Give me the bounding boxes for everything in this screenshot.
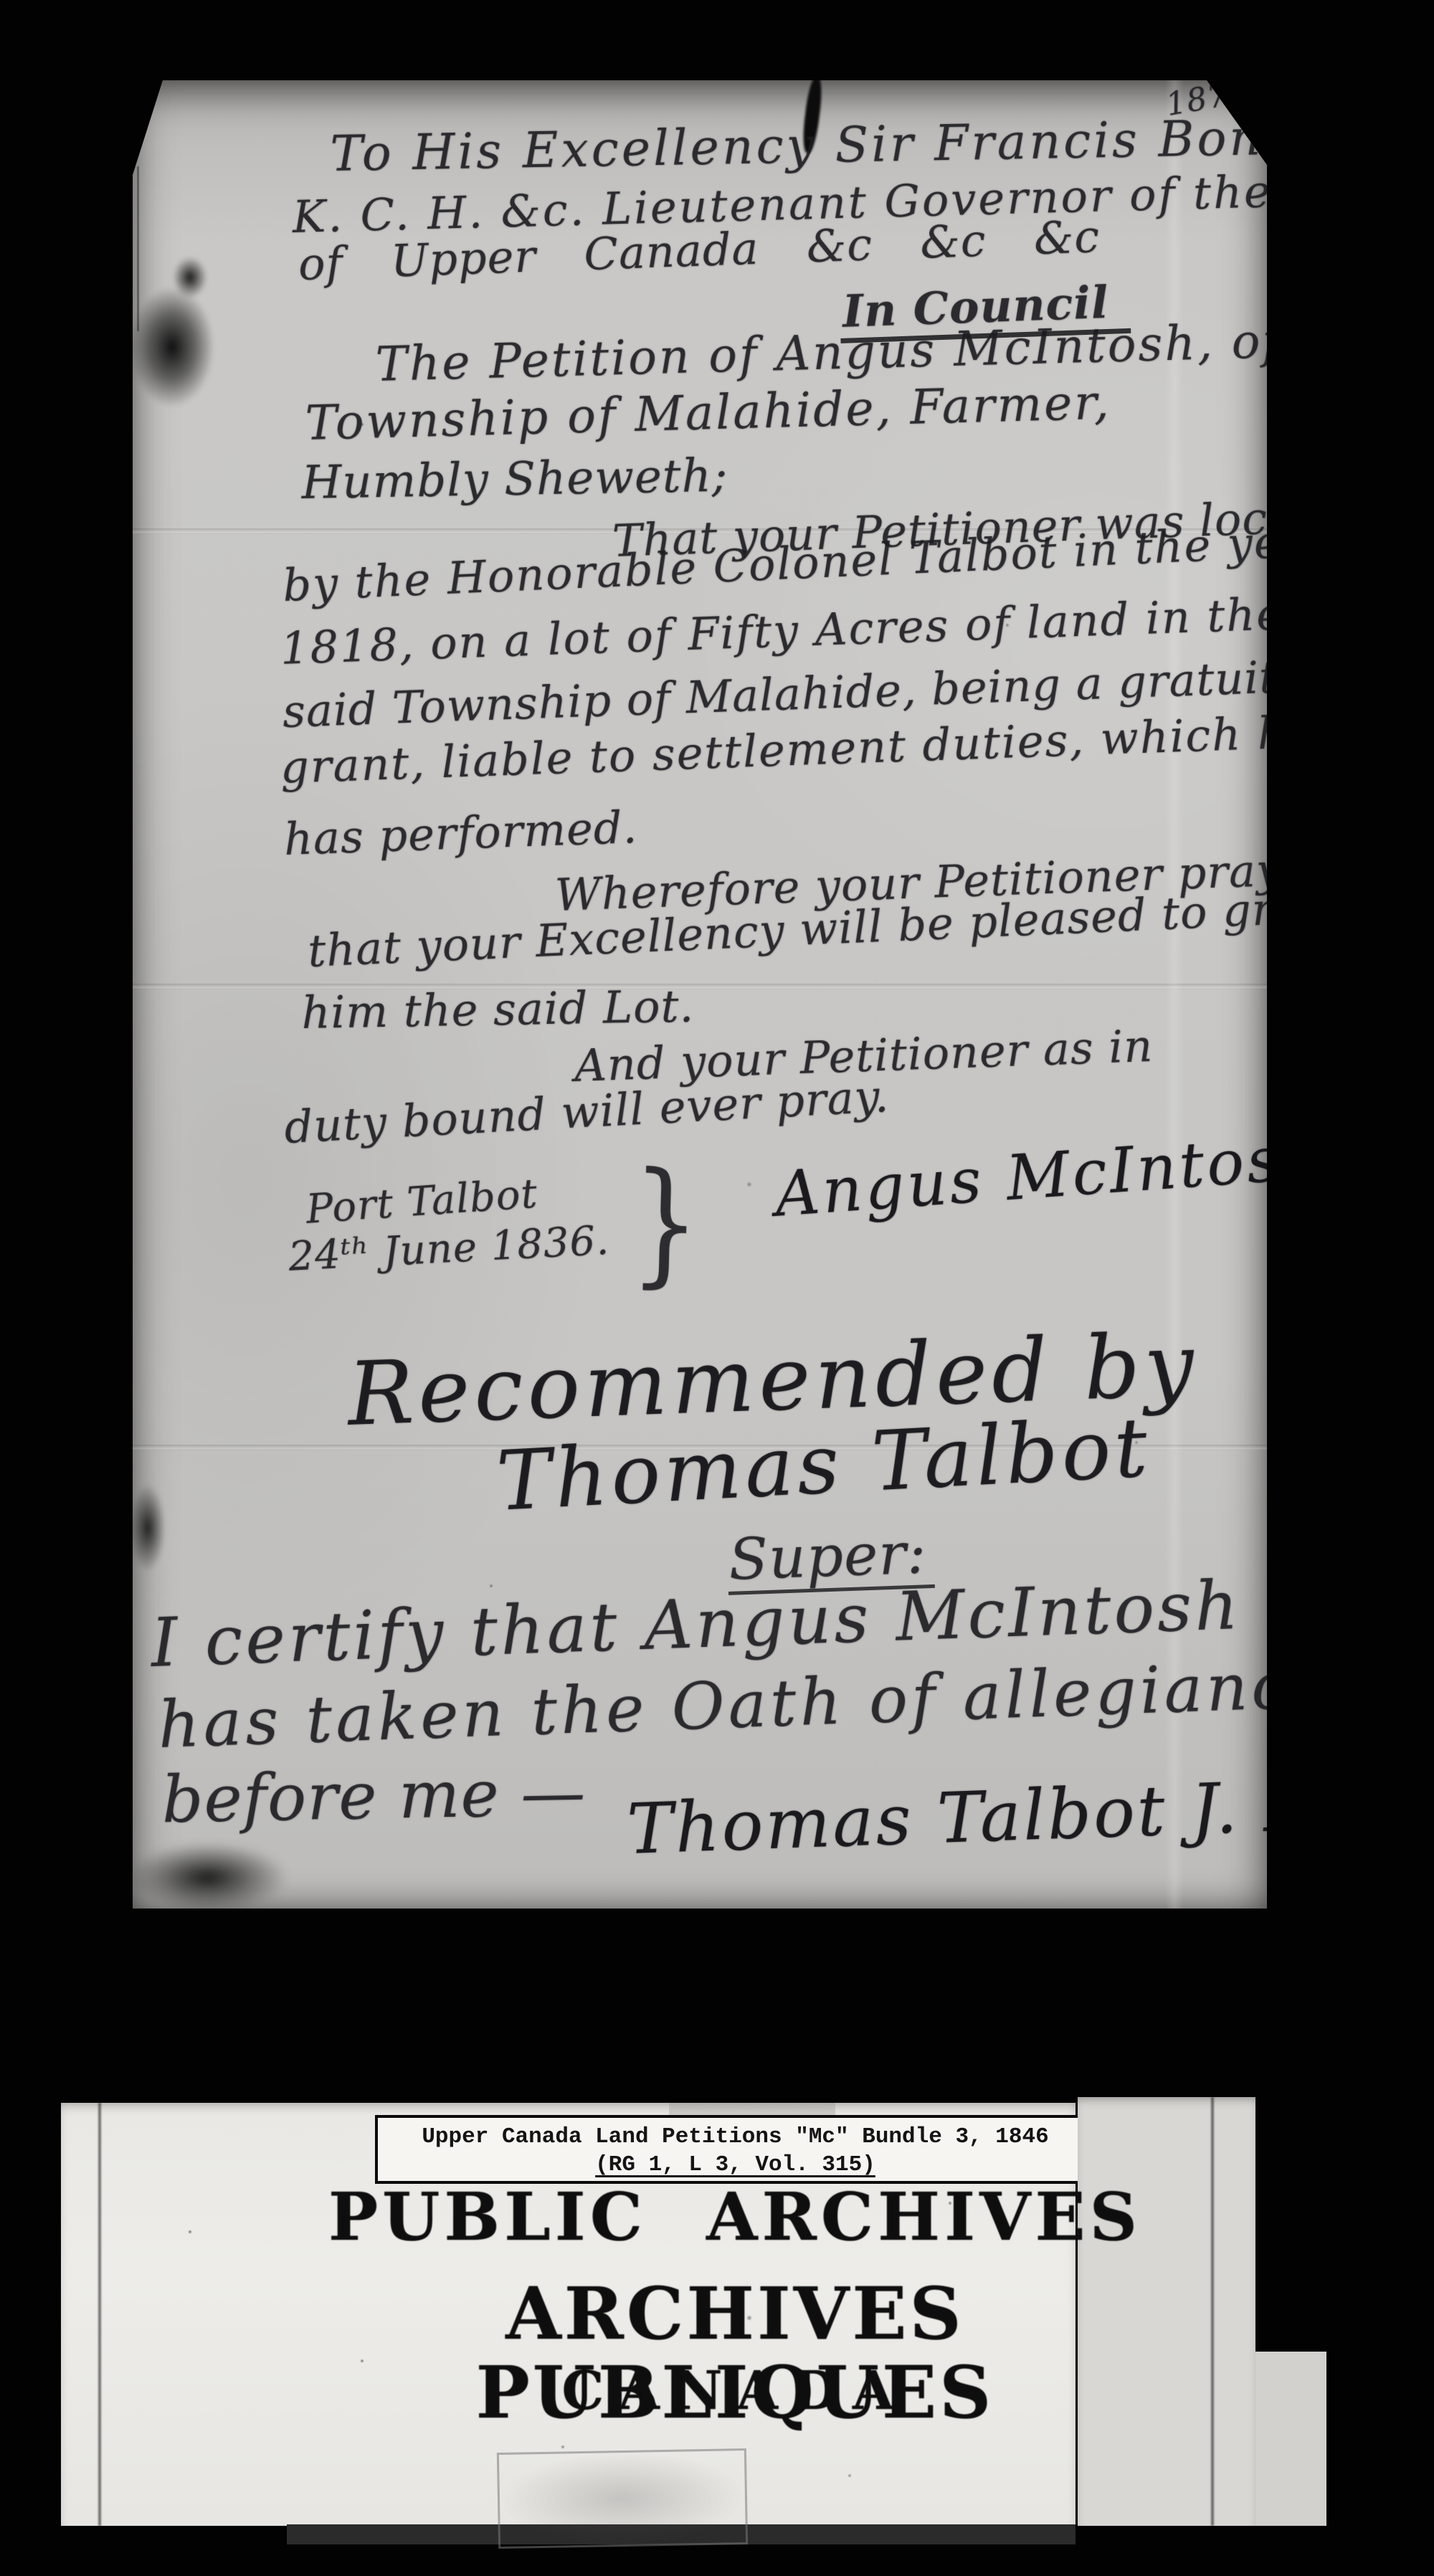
brace-flourish: }: [630, 1154, 703, 1292]
archives-stamp-english: PUBLIC ARCHIVES: [287, 2181, 1183, 2253]
reference-label-line-2: (RG 1, L 3, Vol. 315): [378, 2152, 1093, 2180]
handwritten-certification-3: before me —: [161, 1761, 587, 1833]
handwritten-line-body-6: has performed.: [283, 805, 638, 862]
paper-tear: [128, 77, 161, 178]
typed-reference-label: Upper Canada Land Petitions "Mc" Bundle …: [375, 2115, 1096, 2184]
certifier-signature: Thomas Talbot J. P.: [626, 1771, 1323, 1864]
scanned-image-canvas: 187 To His Excellency Sir Francis Bond H…: [0, 0, 1434, 2576]
ink-blot: [173, 257, 207, 298]
handwritten-line-prayer-3: him the said Lot.: [301, 984, 695, 1035]
adjacent-sheet-lower: [1255, 2352, 1326, 2526]
sheet-crease: [1211, 2097, 1214, 2526]
ink-blot: [130, 287, 214, 407]
ink-smudge: [127, 1843, 288, 1913]
handwritten-line-intro-3: Humbly Sheweth;: [301, 453, 728, 506]
reference-label-line-1: Upper Canada Land Petitions "Mc" Bundle …: [378, 2124, 1093, 2152]
handwritten-place: Port Talbot: [305, 1174, 539, 1230]
ink-blot: [130, 1484, 166, 1572]
handwritten-line-intro-1: The Petition of Angus McIntosh, of the: [375, 315, 1384, 389]
archives-stamp-canada: CANADA: [287, 2362, 1183, 2420]
handwritten-line-addressee-1: To His Excellency Sir Francis Bond Head: [330, 111, 1434, 179]
petitioner-signature: Angus McIntosh: [773, 1126, 1326, 1226]
card-crease: [98, 2103, 101, 2526]
handwritten-line-closing-2: duty bound will ever pray.: [283, 1074, 890, 1150]
faint-stamp-outline: [497, 2448, 748, 2549]
petition-page: 187 To His Excellency Sir Francis Bond H…: [133, 80, 1267, 1909]
paper-crease: [137, 166, 139, 331]
